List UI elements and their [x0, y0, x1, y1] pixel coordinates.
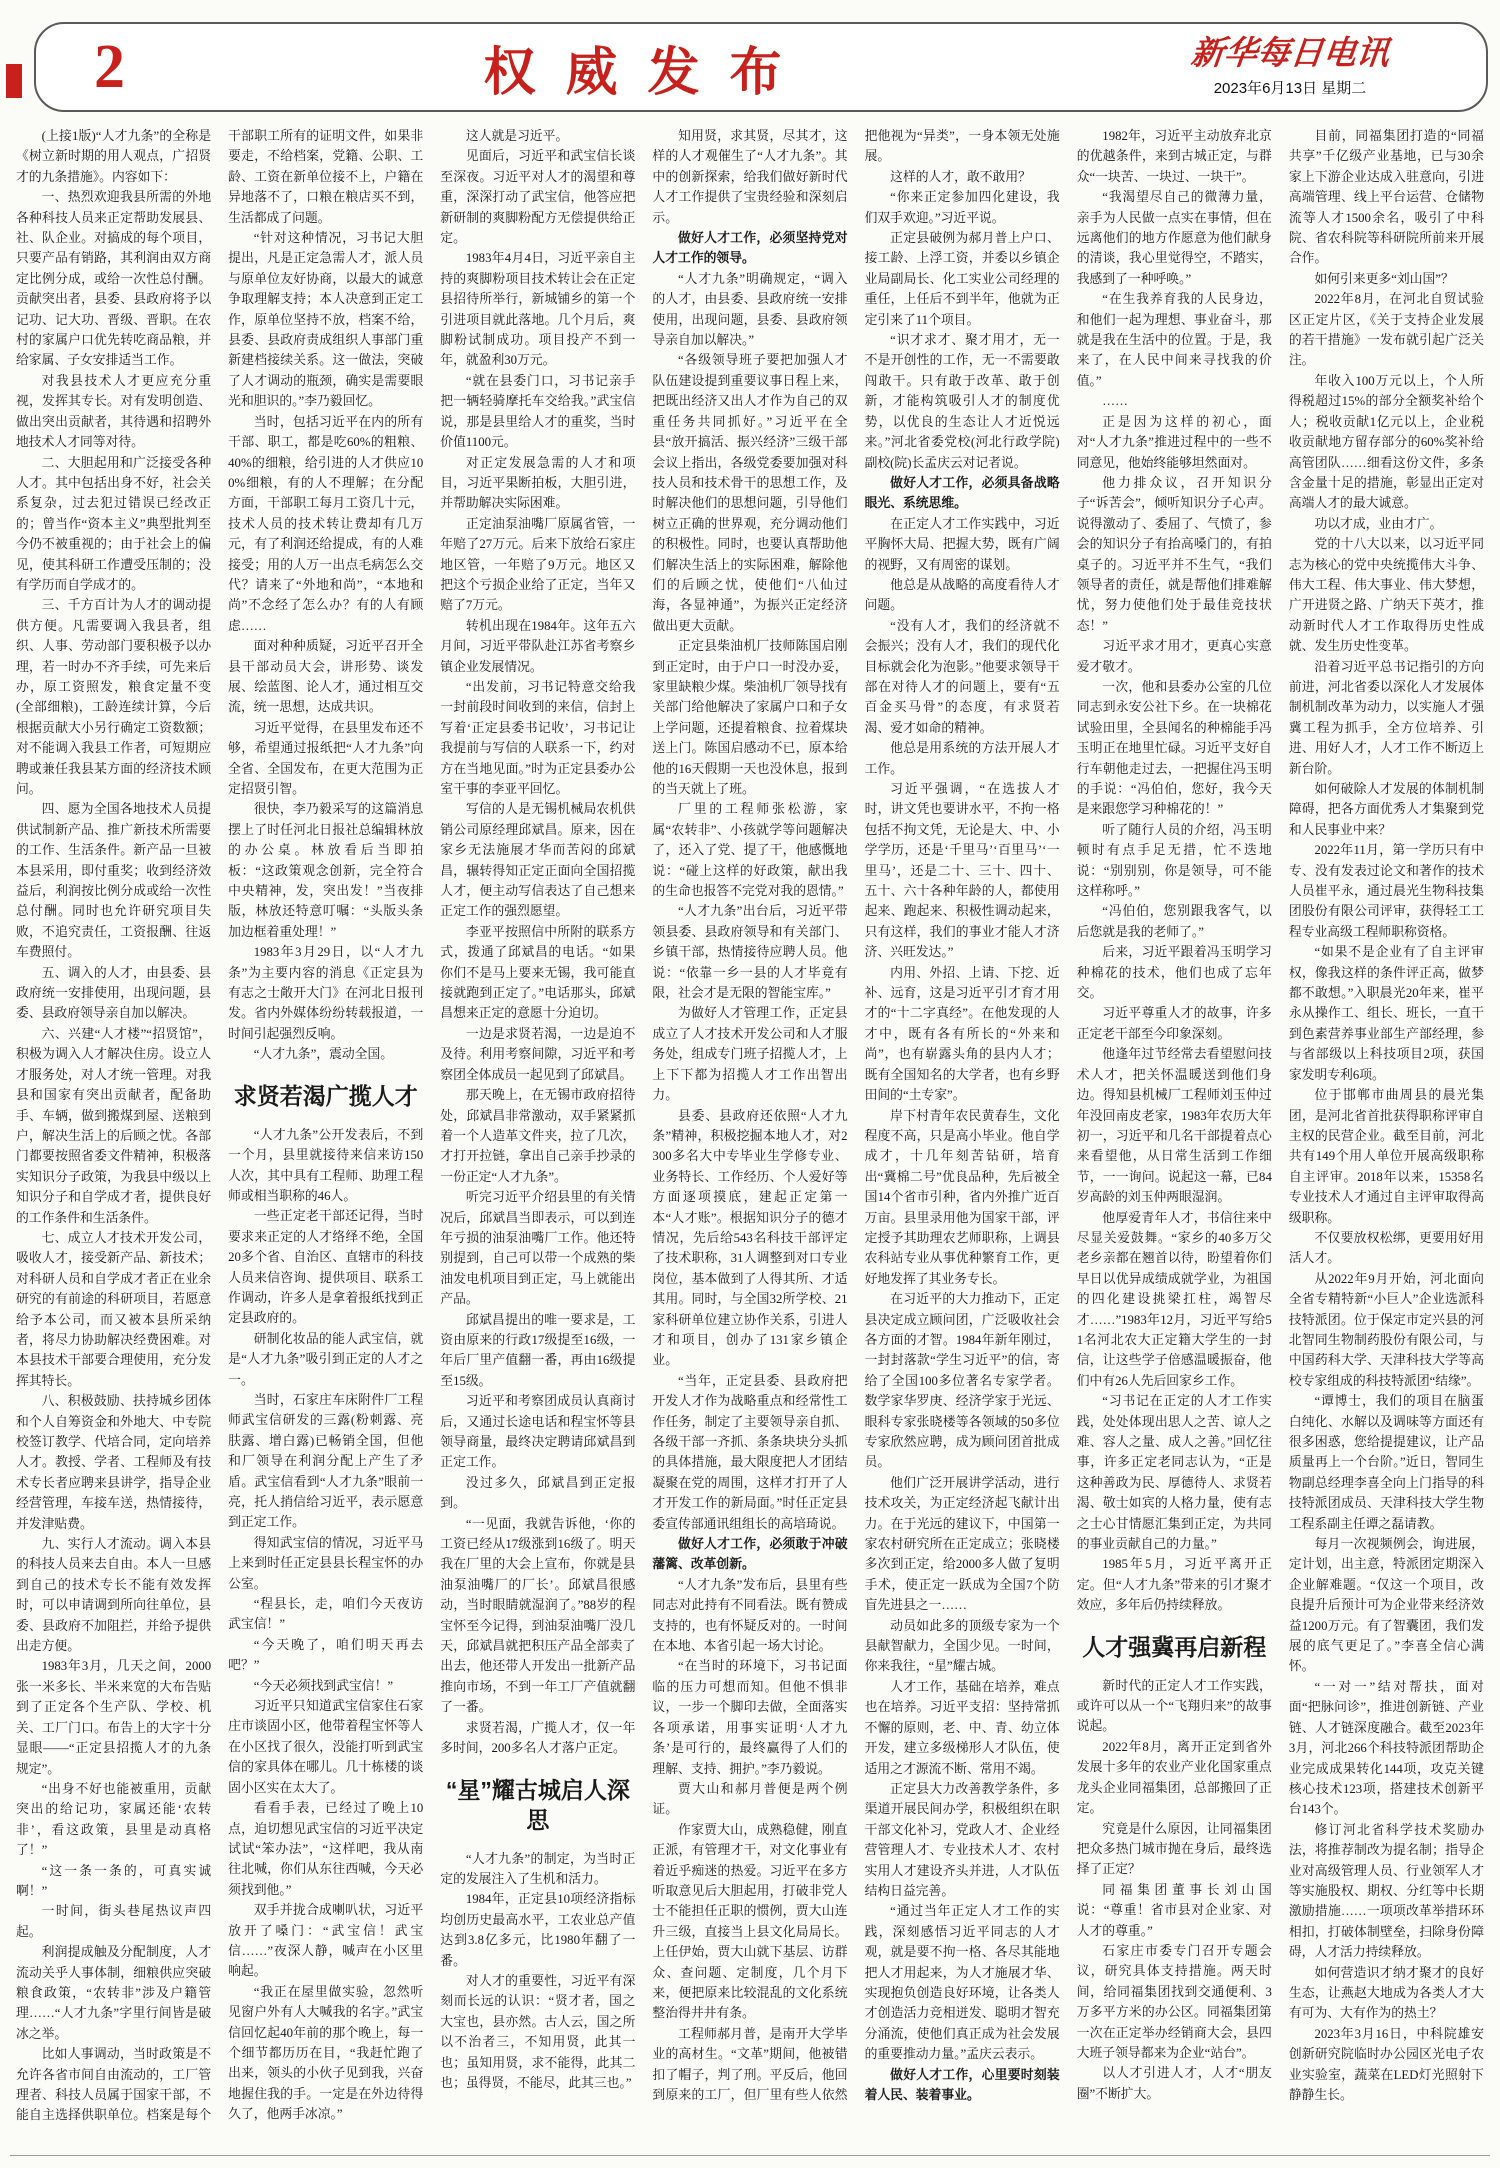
paragraph: 目前，同福集团打造的“同福共享”千亿级产业基地，已与30余家上下游企业达成入驻意…	[1289, 126, 1484, 269]
lead-paragraph: 做好人才工作，必须坚持党对人才工作的领导。	[652, 228, 847, 269]
paragraph: 利润提成触及分配制度，人才流动关乎人事体制，细粮供应突破粮食政策，“农转非”涉及…	[16, 1942, 211, 2044]
paragraph: 习近平强调，“在选拔人才时，讲文凭也要讲水平，不拘一格包括不拘文凭，无论是大、中…	[865, 779, 1060, 963]
paragraph: “在当时的环境下，习书记面临的压力可想而知。但他不惧非议，一步一个脚印去做，全面…	[652, 1656, 847, 1778]
paragraph: ……	[1077, 391, 1272, 411]
paragraph: “我渴望尽自己的微薄力量，亲手为人民做一点实在事情，但在远离他们的地方作愿意为他…	[1077, 187, 1272, 289]
paragraph: 他力排众议，召开知识分子“诉苦会”，倾听知识分子心声。说得激动了、委屈了、气愤了…	[1077, 473, 1272, 636]
paragraph: 正定油泵油嘴厂原属省管，一年赔了27万元。后来下放给石家庄地区管，一年赔了9万元…	[440, 514, 635, 616]
paragraph: 习近平觉得，在县里发布还不够，希望通过报纸把“人才九条”向全省、全国发布，在更大…	[228, 718, 423, 800]
lead-paragraph: 做好人才工作，必须具备战略眼光、系统思维。	[865, 473, 1060, 514]
paragraph: 没过多久，邱斌昌到正定报到。	[440, 1473, 635, 1514]
masthead-logo: 新华每日电讯	[1138, 36, 1442, 72]
paragraph: “一见面，我就告诉他，‘你的工资已经从17级涨到16级了。明天我在厂里的大会上宣…	[440, 1514, 635, 1718]
paragraph: 在正定人才工作实践中，习近平胸怀大局、把握大势，既有广阔的视野，又有周密的谋划。	[865, 514, 1060, 575]
paragraph: 一次，他和县委办公室的几位同志到永安公社下乡。在一块棉花试验田里，全县闻名的种棉…	[1077, 677, 1272, 820]
paragraph: 1984年，正定县10项经济指标均创历史最高水平，工农业总产值达到3.8亿多元，…	[440, 1889, 635, 1971]
paragraph: 2023年3月16日，中科院雄安创新研究院临时办公园区光电子农业实验室，蔬菜在L…	[1289, 2024, 1484, 2106]
paragraph: 一些正定老干部还记得，当时要求来正定的人才络绎不绝，全国20多个省、自治区、直辖…	[228, 1206, 423, 1328]
paragraph: “在生我养育我的人民身边，和他们一起为理想、事业奋斗，那就是我在生活中的位置。于…	[1077, 289, 1272, 391]
paragraph: “今天晚了，咱们明天再去吧？”	[228, 1635, 423, 1676]
paragraph: 2022年8月，在河北自贸试验区正定片区，《关于支持企业发展的若干措施》一发布就…	[1289, 289, 1484, 371]
paragraph: “人才九条”，震动全国。	[228, 1044, 423, 1064]
paragraph: 他厚爱青年人才，书信往来中尽显关爱鼓舞。“家乡的40多万父老乡亲都在翘首以待，盼…	[1077, 1208, 1272, 1392]
paragraph: 党的十八大以来，以习近平同志为核心的党中央统揽伟大斗争、伟大工程、伟大事业、伟大…	[1289, 534, 1484, 656]
paragraph: “如果不是企业有了自主评审权，像我这样的条件评正高，做梦都不敢想。”入职晨光20…	[1289, 942, 1484, 1085]
paragraph: 2022年8月，离开正定到省外发展十多年的农业产业化国家重点龙头企业同福集团，总…	[1077, 1737, 1272, 1819]
paragraph: 1982年，习近平主动放弃北京的优越条件，来到古城正定，与群众“一块苦、一块过、…	[1077, 126, 1272, 187]
paragraph: 李亚平按照信中所附的联系方式，拨通了邱斌昌的电话。“如果你们不是马上要来无锡，我…	[440, 922, 635, 1024]
paragraph: “习书记在正定的人才工作实践，处处体现出思人之苦、谅人之难、容人之量、成人之善。…	[1077, 1391, 1272, 1554]
paragraph: 习近平和考察团成员认真商讨后，又通过长途电话和程宝怀等县领导商量，最终决定聘请邱…	[440, 1391, 635, 1473]
paragraph: 习近平求才用才，更真心实意爱才敬才。	[1077, 636, 1272, 677]
paragraph: 六、兴建“人才楼”“招贤馆”，积极为调入人才解决住房。设立人才服务处，对人才统一…	[16, 1024, 211, 1228]
paragraph: 为做好人才管理工作，正定县成立了人才技术开发公司和人才服务处，组成专门班子招揽人…	[652, 1003, 847, 1105]
paragraph: 得知武宝信的情况，习近平马上来到时任正定县县长程宝怀的办公室。	[228, 1533, 423, 1594]
paragraph: 写信的人是无锡机械局农机供销公司原经理邱斌昌。原来，因在家乡无法施展才华而苦闷的…	[440, 799, 635, 921]
paragraph: “我正在屋里做实验，忽然听见窗户外有人大喊我的名字。”武宝信回忆起40年前的那个…	[228, 1982, 423, 2125]
paragraph: 九、实行人才流动。调入本县的科技人员来去自由。本人一旦感到自己的技术专长不能有效…	[16, 1534, 211, 1656]
paragraph: 对正定发展急需的人才和项目，习近平果断拍板，大胆引进，并帮助解决实际困难。	[440, 453, 635, 514]
paragraph: “这一条一条的，可真实诚啊！”	[16, 1861, 211, 1902]
page-header: 2 权威发布 新华每日电讯 2023年6月13日 星期二	[34, 22, 1488, 112]
paragraph: 沿着习近平总书记指引的方向前进，河北省委以深化人才发展体制机制改革为动力，以实施…	[1289, 657, 1484, 779]
paragraph: 新时代的正定人才工作实践，或许可以从一个“飞翔归来”的故事说起。	[1077, 1676, 1272, 1737]
paragraph: 他总是用系统的方法开展人才工作。	[865, 738, 1060, 779]
paragraph: 石家庄市委专门召开专题会议，研究具体支持措施。两天时间，给同福集团找到交通便利、…	[1077, 1941, 1272, 2063]
paragraph: “没有人才，我们的经济就不会振兴；没有人才，我们的现代化目标就会化为泡影。”他要…	[865, 616, 1060, 738]
paragraph: “人才九条”出台后，习近平带领县委、县政府领导和有关部门、乡镇干部，热情接待应聘…	[652, 901, 847, 1003]
paragraph: 动员如此多的顶级专家为一个县献智献力，全国少见。一时间，你来我往，“星”耀古城。	[865, 1616, 1060, 1677]
page-number: 2	[94, 36, 125, 98]
paragraph: 贾大山和郝月普便是两个例证。	[652, 1779, 847, 1820]
paragraph: 五、调入的人才，由县委、县政府统一安排使用，出现问题，县委、县政府领导亲自加以解…	[16, 963, 211, 1024]
paragraph: 一时间，街头巷尾热议声四起。	[16, 1901, 211, 1942]
paragraph: 面对种种质疑，习近平召开全县干部动员大会，讲形势、谈发展、绘蓝图、论人才，通过相…	[228, 636, 423, 718]
section-heading: “星”耀古城启人深思	[440, 1775, 635, 1835]
lead-paragraph: 做好人才工作，心里要时刻装着人民、装着事业。	[865, 2065, 1060, 2106]
paragraph: 当时，石家庄车床附件厂工程师武宝信研发的三露(粉刺露、亮肤露、增白露)已畅销全国…	[228, 1390, 423, 1533]
paragraph: “各级领导班子要把加强人才队伍建设提到重要议事日程上来，把既出经济又出人才作为自…	[652, 350, 847, 636]
paragraph: 正定县大力改善教学条件，多渠道开展民间办学，积极组织在职干部文化补习，党政人才、…	[865, 1779, 1060, 1901]
paragraph: 习近平尊重人才的故事，许多正定老干部至今印象深刻。	[1077, 1003, 1272, 1044]
paragraph: 对人才的重要性，习近平有深刻而长远的认识：“贤才者，国之大宝也，县亦然。古人云，…	[440, 1971, 635, 2093]
paragraph: 功以才成，业由才广。	[1289, 514, 1484, 534]
paragraph: “通过当年正定人才工作的实践，深刻感悟习近平同志的人才观，就是要不拘一格、各尽其…	[865, 1901, 1060, 2064]
paragraph: 2022年11月，第一学历只有中专、没有发表过论文和著作的技术人员崔平永，通过晨…	[1289, 840, 1484, 942]
paragraph: 八、积极鼓励、扶持城乡团体和个人自筹资金和外地大、中专院校签订教学、代培合同，定…	[16, 1391, 211, 1534]
paragraph: 每月一次视频例会，询进展，定计划，出主意，特派团定期深入企业解难题。“仅这一个项…	[1289, 1534, 1484, 1677]
paragraph: “识才求才、聚才用才，无一不是开创性的工作，无一不需要敢闯敢干。只有敢于改革、敢…	[865, 330, 1060, 473]
lead-paragraph: 做好人才工作，必须敢于冲破藩篱、改革创新。	[652, 1534, 847, 1575]
paragraph: 习近平只知道武宝信家住石家庄市谈固小区，他带着程宝怀等人在小区找了很久，没能打听…	[228, 1696, 423, 1798]
paragraph: 见面后，习近平和武宝信长谈至深夜。习近平对人才的渴望和尊重，深深打动了武宝信，他…	[440, 146, 635, 248]
paragraph: 作家贾大山，成熟稳健，刚直正派，有管理才干，对文化事业有着近乎痴迷的热爱。习近平…	[652, 1820, 847, 2024]
paragraph: 听了随行人员的介绍，冯玉明顿时有点手足无措，忙不迭地说：“别别别，你是领导，可不…	[1077, 820, 1272, 902]
paragraph: 内用、外招、上请、下挖、近补、远育，这是习近平引才育才用才的“十二字真经”。在他…	[865, 963, 1060, 1106]
paragraph: “谭博士，我们的项目在脑蛋白纯化、水解以及调味等方面还有很多困惑，您给提提建议，…	[1289, 1391, 1484, 1534]
paragraph: “冯伯伯，您别跟我客气，以后您就是我的老师了。”	[1077, 901, 1272, 942]
section-heading: 求贤若渴广揽人才	[228, 1081, 423, 1111]
paragraph: 在习近平的大力推动下，正定县决定成立顾问团，广泛吸收社会各方面的才智。1984年…	[865, 1289, 1060, 1473]
paragraph: 正定县柴油机厂技师陈国启刚到正定时，由于户口一时没办妥，家里缺粮少煤。柴油机厂领…	[652, 636, 847, 799]
paragraph: (上接1版)“人才九条”的全称是《树立新时期的用人观点，广招贤才的九条措施》。内…	[16, 126, 211, 187]
paragraph: 那天晚上，在无锡市政府招待处，邱斌昌非常激动，双手紧紧抓着一个人造革文件夹，拉了…	[440, 1085, 635, 1187]
paragraph: 很快，李乃毅采写的这篇消息摆上了时任河北日报社总编辑林放的办公桌。林放看后当即拍…	[228, 799, 423, 942]
paragraph: 求贤若渴，广揽人才，仅一年多时间，200多名人才落户正定。	[440, 1718, 635, 1759]
paragraph: 厂里的工程师张松游，家属“农转非”、小孩就学等问题解决了，还入了党、提了干，他感…	[652, 799, 847, 901]
paragraph: 修订河北省科学技术奖励办法，将推荐制改为提名制；指导企业对高级管理人员、行业领军…	[1289, 1820, 1484, 1963]
paragraph: 如何营造识才纳才聚才的良好生态，让燕赵大地成为各类人才大有可为、大有作为的热土？	[1289, 1963, 1484, 2024]
paragraph: 听完习近平介绍县里的有关情况后，邱斌昌当即表示，可以到连年亏损的油泵油嘴厂工作。…	[440, 1187, 635, 1309]
paragraph: 这人就是习近平。	[440, 126, 635, 146]
bottom-rule	[10, 2155, 1490, 2156]
paragraph: “出身不好也能被重用，贡献突出的给记功，家属还能‘农转非’，看这政策，县里是动真…	[16, 1779, 211, 1861]
paragraph: 三、千方百计为人才的调动提供方便。凡需要调入我县者，组织、人事、劳动部门要积极予…	[16, 595, 211, 799]
paragraph: “一对一”结对帮扶，面对面“把脉问诊”，推进创新链、产业链、人才链深度融合。截至…	[1289, 1677, 1484, 1820]
paragraph: 正定县破例为郝月普上户口、接工龄、上浮工资，并委以乡镇企业局副局长、化工实业公司…	[865, 228, 1060, 330]
paragraph: 七、成立人才技术开发公司，吸收人才，接受新产品、新技术；对科研人员和自学成才者正…	[16, 1228, 211, 1391]
article-body: (上接1版)“人才九条”的全称是《树立新时期的用人观点，广招贤才的九条措施》。内…	[16, 126, 1484, 2134]
issue-date: 2023年6月13日 星期二	[1140, 77, 1440, 98]
paragraph: “你来正定参加四化建设，我们双手欢迎。”习近平说。	[865, 187, 1060, 228]
paragraph: 看看手表，已经过了晚上10点，迫切想见武宝信的习近平决定试试“笨办法”，“这样吧…	[228, 1798, 423, 1900]
paragraph: “就在县委门口，习书记亲手把一辆轻骑摩托车交给我。”武宝信说，那是县里给人才的重…	[440, 371, 635, 453]
newspaper-page: 2 权威发布 新华每日电讯 2023年6月13日 星期二 (上接1版)“人才九条…	[0, 0, 1500, 2168]
paragraph: 一、热烈欢迎我县所需的外地各种科技人员来正定帮助发展县、社、队企业。对搞成的每个…	[16, 187, 211, 371]
paragraph: 究竟是什么原因，让同福集团把众多热门城市抛在身后，最终选择了正定？	[1077, 1819, 1272, 1880]
paragraph: 不仅要放权松绑，更要用好用活人才。	[1289, 1228, 1484, 1269]
paragraph: “人才九条”明确规定，“调入的人才，由县委、县政府统一安排使用，出现问题，县委、…	[652, 269, 847, 351]
paragraph: 如何破除人才发展的体制机制障碍，把各方面优秀人才集聚到党和人民事业中来？	[1289, 779, 1484, 840]
paragraph: 二、大胆起用和广泛接受各种人才。其中包括出身不好，社会关系复杂，过去犯过错误已经…	[16, 453, 211, 596]
paragraph: 对我县技术人才更应充分重视，发挥其专长。对有发明创造、做出突出贡献者，其待遇和招…	[16, 371, 211, 453]
paragraph: 同福集团董事长刘山国说：“尊重！省市县对企业家、对人才的尊重。”	[1077, 1880, 1272, 1941]
paragraph: 双手并拢合成喇叭状，习近平放开了嗓门：“武宝信！武宝信……”夜深人静，喊声在小区…	[228, 1900, 423, 1982]
paragraph: 他逢年过节经常去看望慰问技术人才，把关怀温暖送到他们身边。得知县机械厂工程师刘玉…	[1077, 1044, 1272, 1207]
masthead-box: 新华每日电讯 2023年6月13日 星期二	[1140, 36, 1440, 97]
paragraph: 研制化妆品的能人武宝信，就是“人才九条”吸引到正定的人才之一。	[228, 1329, 423, 1390]
fold-mark	[6, 64, 22, 98]
paragraph: 1983年3月，几天之间，2000张一米多长、半米来宽的大布告贴到了正定各个生产…	[16, 1656, 211, 1778]
paragraph: 他总是从战略的高度看待人才问题。	[865, 575, 1060, 616]
paragraph: 后来，习近平跟着冯玉明学习种棉花的技术，他们也成了忘年交。	[1077, 942, 1272, 1003]
paragraph: “程县长，走，咱们今天夜访武宝信！”	[228, 1594, 423, 1635]
paragraph: 一边是求贤若渴，一边是迫不及待。利用考察间隙，习近平和考察团全体成员一起见到了邱…	[440, 1024, 635, 1085]
paragraph: 这样的人才，敢不敢用？	[865, 167, 1060, 187]
paragraph: 年收入100万元以上，个人所得税超过15%的部分全额奖补给个人；税收贡献1亿元以…	[1289, 371, 1484, 514]
section-heading: 人才强冀再启新程	[1077, 1632, 1272, 1662]
paragraph: 1983年3月29日，以“人才九条”为主要内容的消息《正定县为有志之士敞开大门》…	[228, 942, 423, 1044]
paragraph: 人才工作，基础在培养，难点也在培养。习近平支招：坚持常抓不懈的原则，老、中、青、…	[865, 1677, 1060, 1779]
paragraph: 知用贤，求其贤，尽其才，这样的人才观催生了“人才九条”。其中的创新探索，给我们做…	[652, 126, 847, 228]
paragraph: 他们广泛开展讲学活动，进行技术攻关，为正定经济起飞献计出力。在于光远的建议下，中…	[865, 1473, 1060, 1616]
paragraph: 正是因为这样的初心，面对“人才九条”推进过程中的一些不同意见，他始终能够坦然面对…	[1077, 412, 1272, 473]
paragraph: 县委、县政府还依照“人才九条”精神，积极挖掘本地人才，对2300多名大中专毕业生…	[652, 1106, 847, 1371]
paragraph: 从2022年9月开始，河北面向全省专精特新“小巨人”企业选派科技特派团。位于保定…	[1289, 1269, 1484, 1391]
paragraph: 以人才引进人才，人才“朋友圈”不断扩大。	[1077, 2063, 1272, 2104]
paragraph: “人才九条”公开发表后，不到一个月，县里就接待来信来访150人次，其中具有工程师…	[228, 1125, 423, 1207]
paragraph: 岸下村青年农民黄春生，文化程度不高，只是高小毕业。他自学成才，十几年刻苦钻研，培…	[865, 1106, 1060, 1290]
paragraph: 如何引来更多“刘山国”？	[1289, 269, 1484, 289]
paragraph: “出发前，习书记特意交给我一封前段时间收到的来信，信封上写着‘正定县委书记收’，…	[440, 677, 635, 799]
paragraph: 1985年5月，习近平离开正定。但“人才九条”带来的引才聚才效应，多年后仍持续释…	[1077, 1554, 1272, 1615]
paragraph: “人才九条”的制定，为当时正定的发展注入了生机和活力。	[440, 1849, 635, 1890]
paragraph: “今天必须找到武宝信！”	[228, 1676, 423, 1696]
paragraph: “人才九条”发布后，县里有些同志对此持有不同看法。既有赞成支持的，也有怀疑反对的…	[652, 1575, 847, 1657]
paragraph: 当时，包括习近平在内的所有干部、职工，都是吃60%的粗粮、40%的细粮，给引进的…	[228, 412, 423, 636]
paragraph: 位于邯郸市曲周县的晨光集团，是河北省首批获得职称评审自主权的民营企业。截至目前，…	[1289, 1085, 1484, 1228]
paragraph: 邱斌昌提出的唯一要求是，工资由原来的行政17级提至16级，一年后厂里产值翻一番，…	[440, 1310, 635, 1392]
paragraph: 1983年4月4日，习近平亲自主持的爽脚粉项目技术转让会在正定县招待所举行，新城…	[440, 248, 635, 370]
paragraph: 转机出现在1984年。这年五六月间，习近平带队赴江苏省考察乡镇企业发展情况。	[440, 616, 635, 677]
paragraph: “当年，正定县委、县政府把开发人才作为战略重点和经常性工作任务，制定了主要领导亲…	[652, 1371, 847, 1534]
paragraph: “针对这种情况，习书记大胆提出，凡是正定急需人才，派人员与原单位友好协商，以最大…	[228, 228, 423, 412]
section-title: 权威发布	[125, 30, 1140, 105]
paragraph: 四、愿为全国各地技术人员提供试制新产品、推广新技术所需要的工作、生活条件。新产品…	[16, 799, 211, 962]
